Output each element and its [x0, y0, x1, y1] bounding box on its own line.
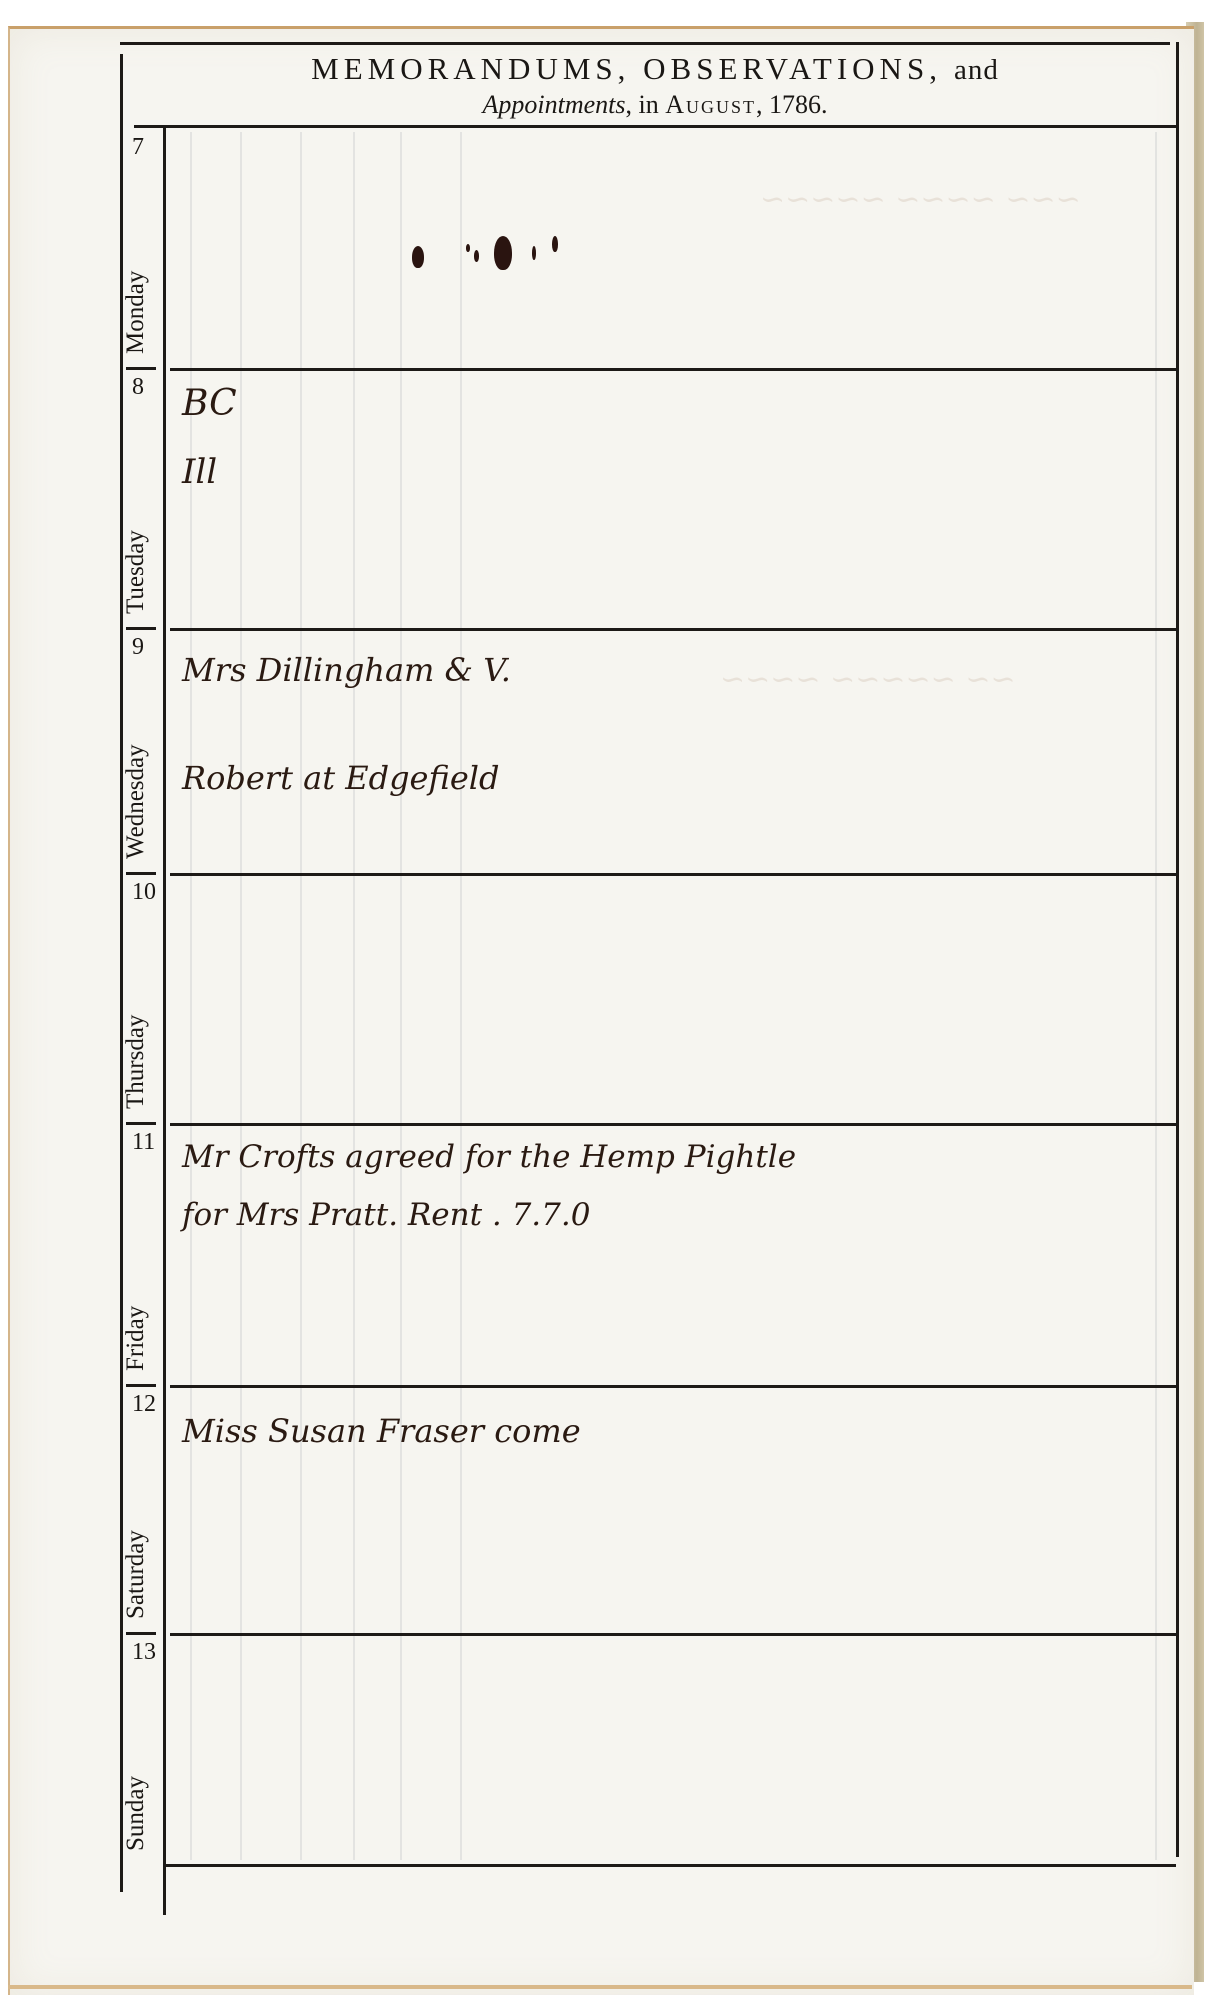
entry-line: BC	[182, 382, 237, 426]
day-label: 9 Wednesday	[124, 628, 164, 873]
day-label: 8 Tuesday	[124, 368, 164, 628]
day-number: 8	[132, 374, 144, 401]
top-rule	[120, 42, 1170, 45]
entry-line: Mr Crofts agreed for the Hemp Pightle	[182, 1135, 796, 1179]
row-divider	[170, 368, 1176, 371]
title-line-2: Appointments, in August, 1786.	[140, 89, 1170, 121]
memorandum-frame: MEMORANDUMS, OBSERVATIONS,and Appointmen…	[120, 42, 1178, 1868]
day-number: 10	[132, 879, 156, 906]
day-name: Thursday	[122, 1015, 150, 1109]
title-line-1: MEMORANDUMS, OBSERVATIONS,and	[140, 50, 1170, 89]
row-divider	[170, 873, 1176, 876]
day-number: 12	[132, 1391, 156, 1418]
day-row-friday: 11 Friday Mr Crofts agreed for the Hemp …	[120, 1123, 1176, 1385]
day-label: 13 Sunday	[124, 1633, 164, 1865]
row-divider	[170, 628, 1176, 631]
entry-line: Miss Susan Fraser come	[182, 1409, 581, 1453]
row-divider	[170, 1633, 1176, 1636]
day-name: Saturday	[122, 1530, 150, 1619]
ink-blot	[474, 250, 479, 262]
day-number: 7	[132, 134, 144, 161]
entry-line: Robert at Edgefield	[182, 756, 499, 800]
row-divider	[170, 1123, 1176, 1126]
ink-blot	[552, 236, 558, 252]
title-month: August	[665, 90, 756, 119]
ink-blot	[466, 244, 470, 252]
day-name: Sunday	[122, 1776, 150, 1851]
day-name: Wednesday	[122, 744, 150, 859]
ink-blot	[532, 246, 536, 260]
day-row-saturday: 12 Saturday Miss Susan Fraser come	[120, 1385, 1176, 1633]
row-divider	[170, 1385, 1176, 1388]
day-row-sunday: 13 Sunday	[120, 1633, 1176, 1865]
day-row-thursday: 10 Thursday	[120, 873, 1176, 1123]
bottom-rule	[166, 1864, 1176, 1867]
title-in: , in	[625, 90, 665, 119]
day-name: Tuesday	[122, 530, 150, 614]
page-bottom-edge	[8, 1985, 1192, 1989]
title-year: , 1786.	[756, 90, 828, 119]
day-label: 12 Saturday	[124, 1385, 164, 1633]
day-row-tuesday: 8 Tuesday BC Ill	[120, 368, 1176, 628]
day-number: 13	[132, 1639, 156, 1666]
page-header: MEMORANDUMS, OBSERVATIONS,and Appointmen…	[140, 50, 1170, 126]
entry-line: for Mrs Pratt. Rent . 7.7.0	[182, 1193, 590, 1237]
ink-blot	[494, 236, 512, 270]
day-row-monday: 7 Monday	[120, 128, 1176, 368]
day-number: 9	[132, 634, 144, 661]
entry-line: Ill	[182, 450, 217, 494]
day-number: 11	[132, 1129, 155, 1156]
title-appointments: Appointments	[482, 90, 625, 119]
day-label: 11 Friday	[124, 1123, 164, 1385]
day-label: 10 Thursday	[124, 873, 164, 1123]
title-and: and	[954, 54, 999, 86]
day-name: Monday	[122, 271, 150, 354]
title-main: MEMORANDUMS, OBSERVATIONS,	[311, 51, 942, 86]
ink-blot	[412, 246, 424, 268]
day-row-wednesday: 9 Wednesday Mrs Dillingham & V. Robert a…	[120, 628, 1176, 873]
day-name: Friday	[122, 1306, 150, 1371]
right-border	[1176, 42, 1179, 1857]
entry-line: Mrs Dillingham & V.	[182, 648, 511, 692]
day-label: 7 Monday	[124, 128, 164, 368]
